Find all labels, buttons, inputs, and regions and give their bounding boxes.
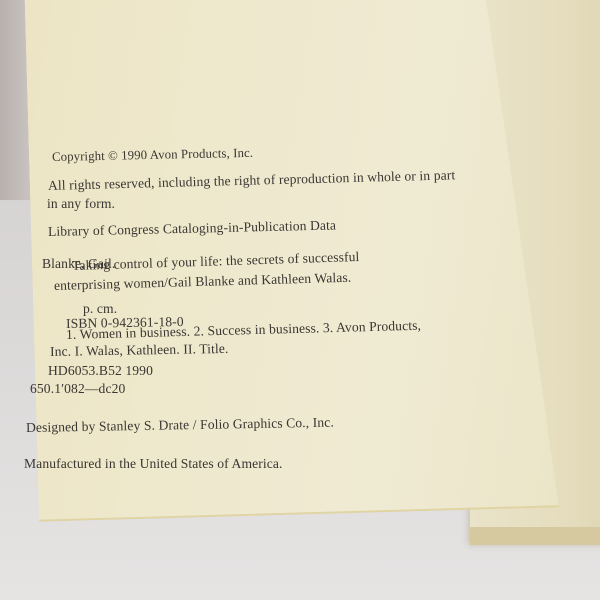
rights-line: in any form. [47,196,115,212]
cip-subjects: Inc. I. Walas, Kathleen. II. Title. [50,341,229,360]
cip-heading: Library of Congress Cataloging-in-Public… [48,217,336,240]
cip-title: enterprising women/Gail Blanke and Kathl… [54,270,352,294]
cip-lc-call: HD6053.B52 1990 [48,363,153,379]
cip-dewey: 650.1′082—dc20 [30,381,125,397]
designed-by: Designed by Stanley S. Drate / Folio Gra… [26,415,334,436]
copyright-line: Copyright © 1990 Avon Products, Inc. [52,146,253,165]
manufactured: Manufactured in the United States of Ame… [24,456,283,472]
rights-line: All rights reserved, including the right… [48,167,456,194]
copyright-text: Copyright © 1990 Avon Products, Inc. All… [0,0,600,600]
photo-scene: Nam and b d Copyright © 1990 Avon Produc… [0,0,600,600]
